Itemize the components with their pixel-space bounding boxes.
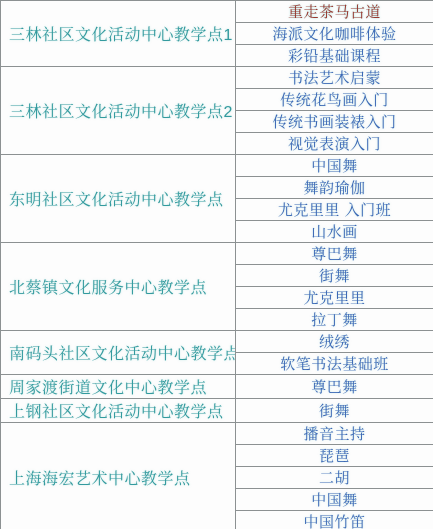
table-row: 南码头社区文化活动中心教学点 绒绣: [1, 331, 433, 353]
course-cell[interactable]: 彩铅基础课程: [236, 45, 433, 67]
table-row: 东明社区文化活动中心教学点 中国舞: [1, 155, 433, 177]
course-cell[interactable]: 播音主持: [236, 423, 433, 445]
site-cell: 三林社区文化活动中心教学点1: [1, 1, 236, 67]
course-cell[interactable]: 拉丁舞: [236, 309, 433, 331]
site-cell: 上海海宏艺术中心教学点: [1, 423, 236, 529]
table-row: 三林社区文化活动中心教学点2 书法艺术启蒙: [1, 67, 433, 89]
course-cell[interactable]: 视觉表演入门: [236, 133, 433, 155]
table-row: 上海海宏艺术中心教学点 播音主持: [1, 423, 433, 445]
course-cell[interactable]: 绒绣: [236, 331, 433, 353]
site-cell: 上钢社区文化活动中心教学点: [1, 399, 236, 423]
course-cell[interactable]: 书法艺术启蒙: [236, 67, 433, 89]
site-cell: 北蔡镇文化服务中心教学点: [1, 243, 236, 331]
course-cell[interactable]: 尊巴舞: [236, 243, 433, 265]
course-cell[interactable]: 传统花鸟画入门: [236, 89, 433, 111]
course-cell[interactable]: 街舞: [236, 399, 433, 423]
course-cell[interactable]: 软笔书法基础班: [236, 353, 433, 375]
site-cell: 周家渡街道文化中心教学点: [1, 375, 236, 399]
course-cell[interactable]: 尤克里里: [236, 287, 433, 309]
table-row: 三林社区文化活动中心教学点1 重走茶马古道: [1, 1, 433, 23]
course-cell[interactable]: 山水画: [236, 221, 433, 243]
course-cell[interactable]: 中国舞: [236, 489, 433, 511]
course-cell[interactable]: 二胡: [236, 467, 433, 489]
site-cell: 三林社区文化活动中心教学点2: [1, 67, 236, 155]
course-schedule-table: 三林社区文化活动中心教学点1 重走茶马古道 海派文化咖啡体验 彩铅基础课程 三林…: [0, 0, 433, 529]
table-row: 周家渡街道文化中心教学点 尊巴舞: [1, 375, 433, 399]
course-cell[interactable]: 尤克里里 入门班: [236, 199, 433, 221]
course-cell[interactable]: 舞韵瑜伽: [236, 177, 433, 199]
course-cell[interactable]: 海派文化咖啡体验: [236, 23, 433, 45]
course-cell[interactable]: 中国竹笛: [236, 511, 433, 529]
table-row: 北蔡镇文化服务中心教学点 尊巴舞: [1, 243, 433, 265]
course-cell[interactable]: 街舞: [236, 265, 433, 287]
table-row: 上钢社区文化活动中心教学点 街舞: [1, 399, 433, 423]
site-cell: 东明社区文化活动中心教学点: [1, 155, 236, 243]
course-cell[interactable]: 重走茶马古道: [236, 1, 433, 23]
course-cell[interactable]: 传统书画装裱入门: [236, 111, 433, 133]
course-cell[interactable]: 琵琶: [236, 445, 433, 467]
site-cell: 南码头社区文化活动中心教学点: [1, 331, 236, 375]
course-cell[interactable]: 尊巴舞: [236, 375, 433, 399]
course-cell[interactable]: 中国舞: [236, 155, 433, 177]
